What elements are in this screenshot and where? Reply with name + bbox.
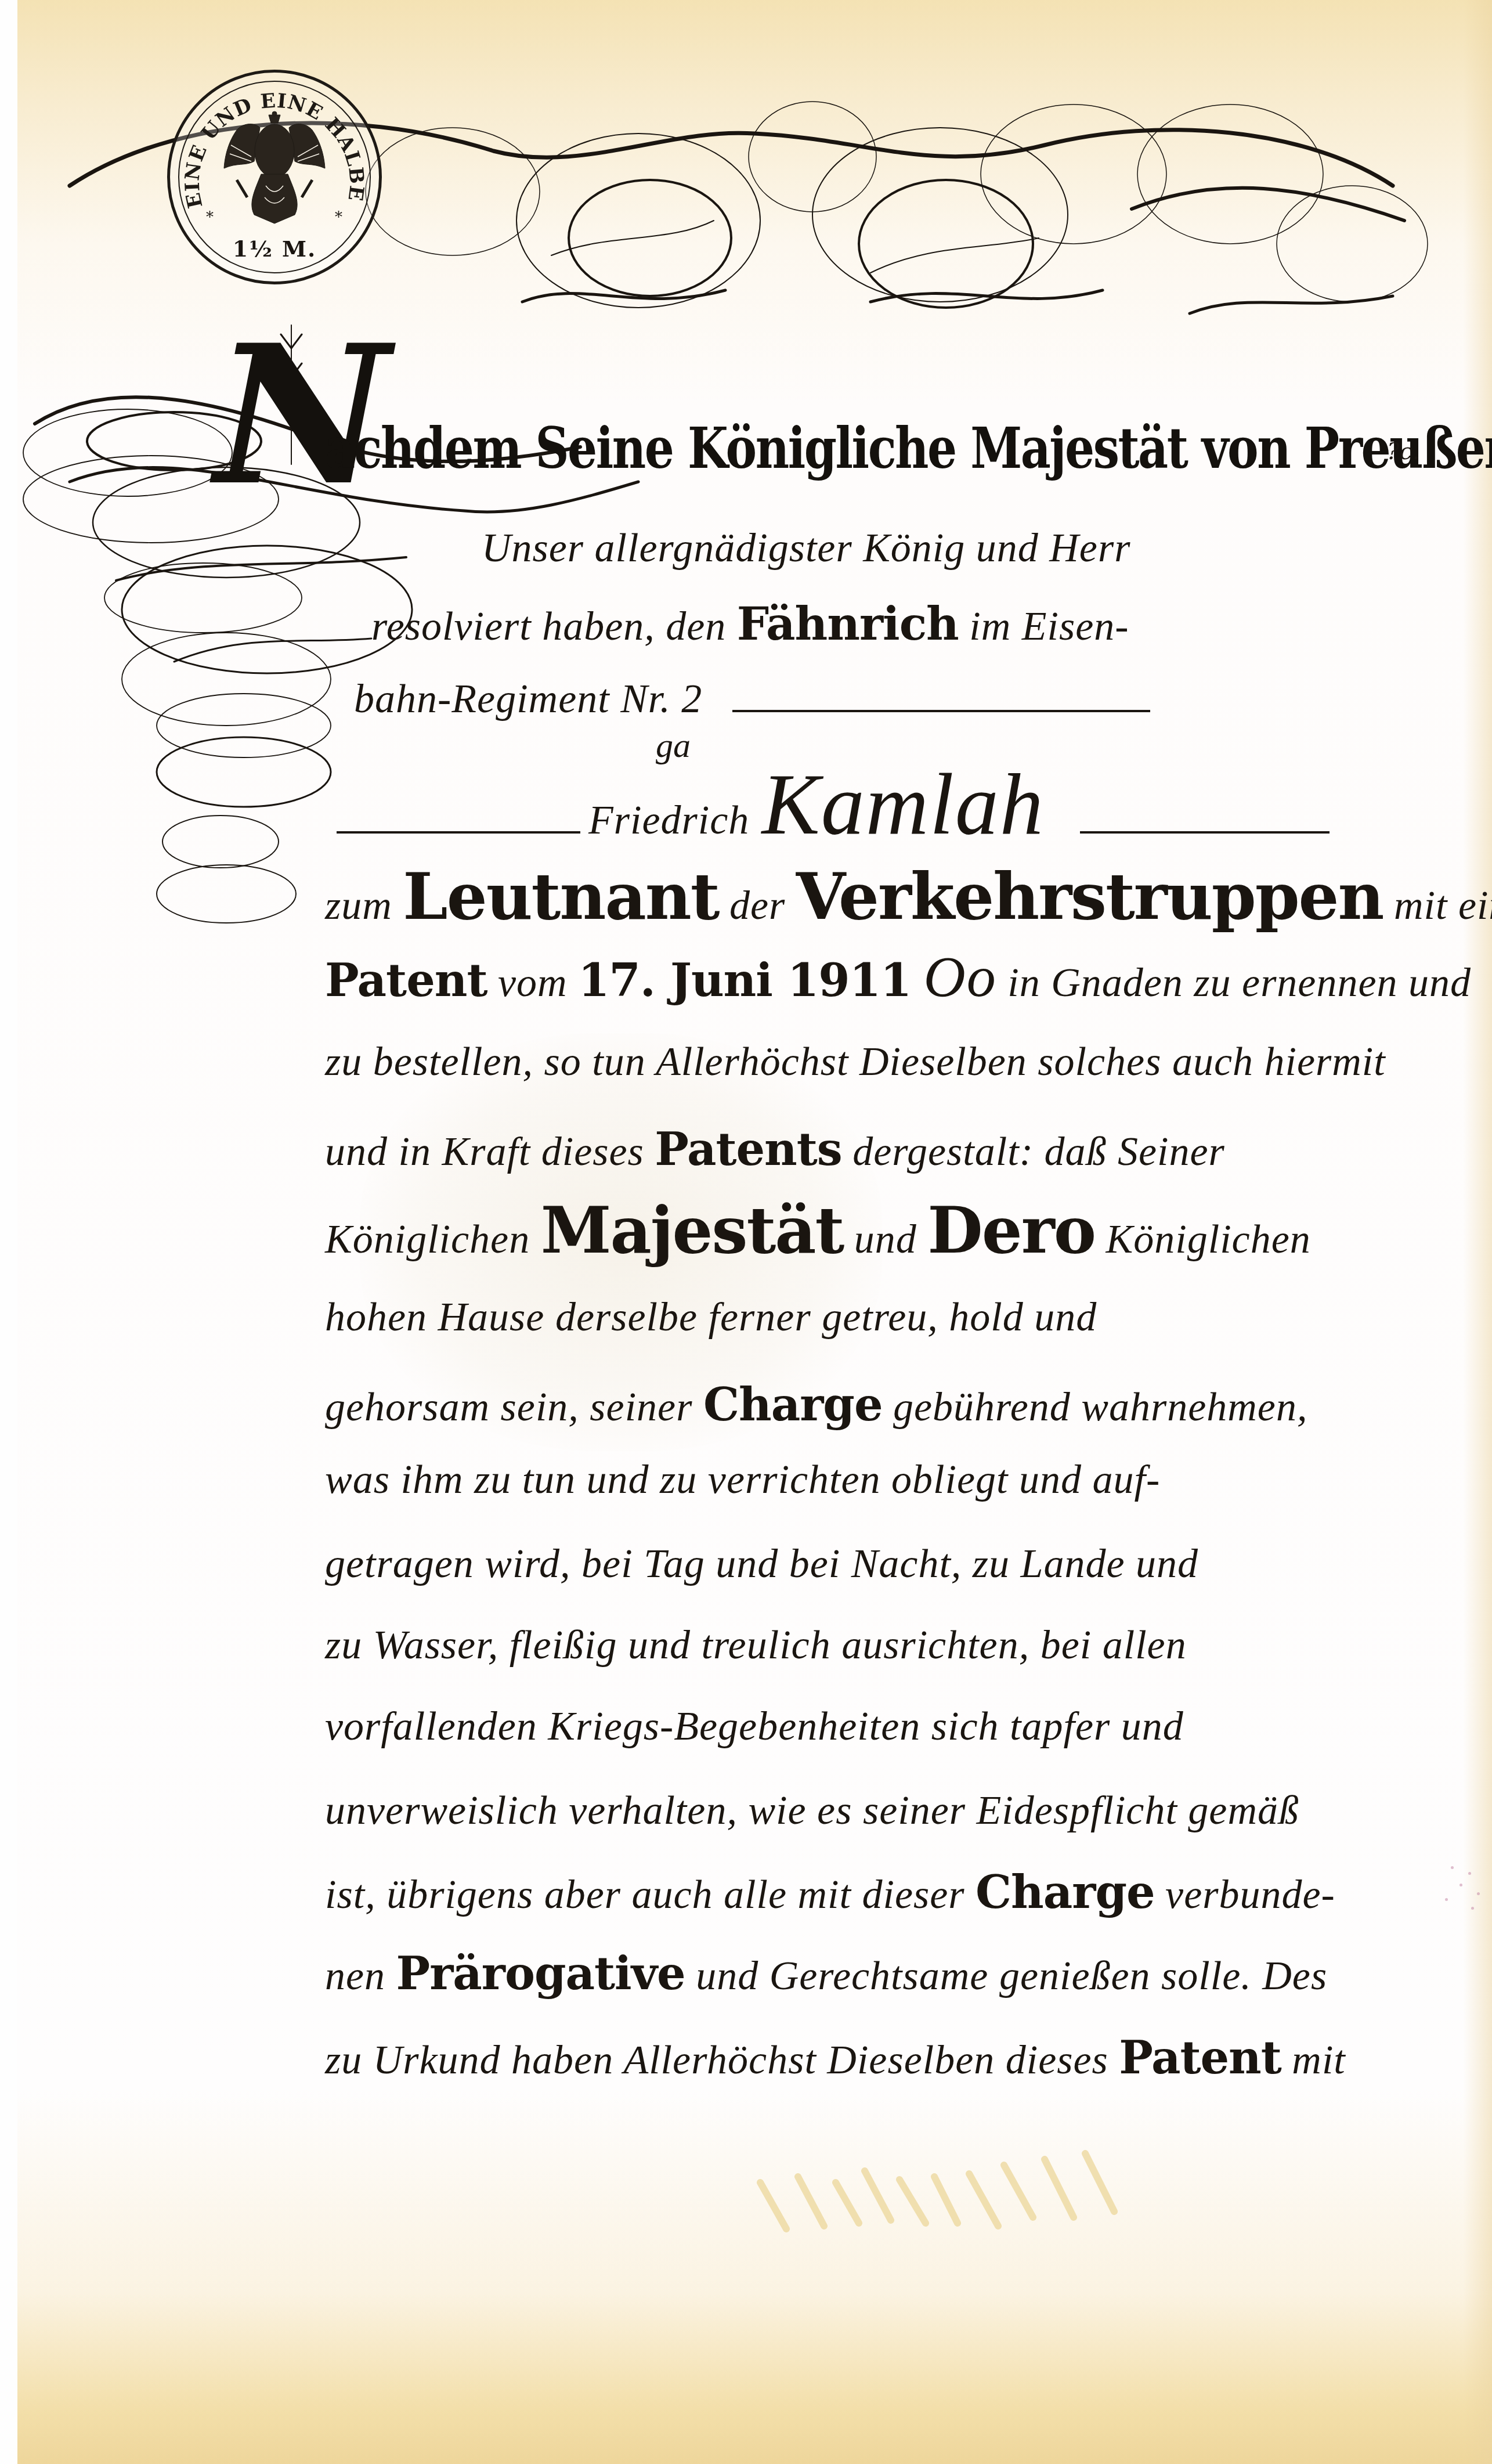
body-line-9: Königlichen Majestät und Dero Königliche… — [325, 1193, 1311, 1268]
body-line-3: bahn-Regiment Nr. 2 — [354, 676, 1150, 723]
body-line-17: ist, übrigens aber auch alle mit dieser … — [325, 1866, 1335, 1919]
headline-text: achdem Seine Königliche Majestät von Pre… — [325, 415, 1492, 482]
tax-stamp-value: 1½ M. — [170, 236, 379, 262]
charge: Charge — [703, 1379, 883, 1431]
body-line-5: zum Leutnant der Verkehrstruppen mit ein… — [325, 859, 1492, 934]
seniority-code: Oo — [924, 944, 997, 1009]
body-line-8: und in Kraft dieses Patents dergestalt: … — [325, 1123, 1225, 1176]
tax-stamp: EINE UND EINE HALBE MARK * * 1½ M. — [167, 70, 382, 284]
ink-bleed-stain — [743, 2124, 1161, 2241]
previous-rank: Fähnrich — [737, 598, 959, 651]
body-line-7: zu bestellen, so tun Allerhöchst Dieselb… — [325, 1039, 1386, 1085]
body-line-2: resolviert haben, den Fähnrich im Eisen- — [371, 598, 1129, 651]
majesty: Majestät — [541, 1193, 844, 1268]
first-name: Friedrich — [588, 798, 749, 843]
surname: Kamlah — [762, 756, 1045, 853]
body-line-13: getragen wird, bei Tag und bei Nacht, zu… — [325, 1541, 1198, 1588]
fill-rule — [732, 710, 1150, 712]
body-line-18: nen Prärogative und Gerechtsame genießen… — [325, 1947, 1327, 2000]
patent-date: 17. Juni 1911 — [578, 954, 911, 1007]
dero: Dero — [927, 1193, 1095, 1268]
body-line-12: was ihm zu tun und zu verrichten obliegt… — [325, 1457, 1160, 1503]
body-line-4-name: Friedrich Kamlah — [337, 755, 1330, 854]
body-line-14: zu Wasser, fleißig und treulich ausricht… — [325, 1622, 1187, 1669]
body-line-6: Patent vom 17. Juni 1911 Oo in Gnaden zu… — [325, 943, 1471, 1010]
branch: Verkehrstruppen — [796, 859, 1383, 934]
imperial-eagle-icon — [219, 110, 330, 226]
fill-rule — [1080, 831, 1330, 834]
prerogative: Prärogative — [396, 1947, 685, 2000]
body-line-11: gehorsam sein, seiner Charge gebührend w… — [325, 1379, 1307, 1431]
charge: Charge — [976, 1866, 1155, 1919]
body-line-10: hohen Hause derselbe ferner getreu, hold… — [325, 1294, 1097, 1341]
body-line-1: Unser allergnädigster König und Herr — [482, 525, 1130, 572]
svg-text:*: * — [335, 209, 342, 226]
regiment: bahn-Regiment Nr. 2 — [354, 677, 702, 721]
headline-suffix: ?c. — [1387, 438, 1420, 465]
body-line-16: unverweislich verhalten, wie es seiner E… — [325, 1788, 1299, 1834]
body-line-15: vorfallenden Kriegs-Begebenheiten sich t… — [325, 1704, 1184, 1750]
body-line-19: zu Urkund haben Allerhöchst Dieselben di… — [325, 2032, 1346, 2084]
svg-text:*: * — [206, 209, 214, 226]
new-rank: Leutnant — [403, 859, 718, 934]
fill-rule — [337, 831, 580, 834]
